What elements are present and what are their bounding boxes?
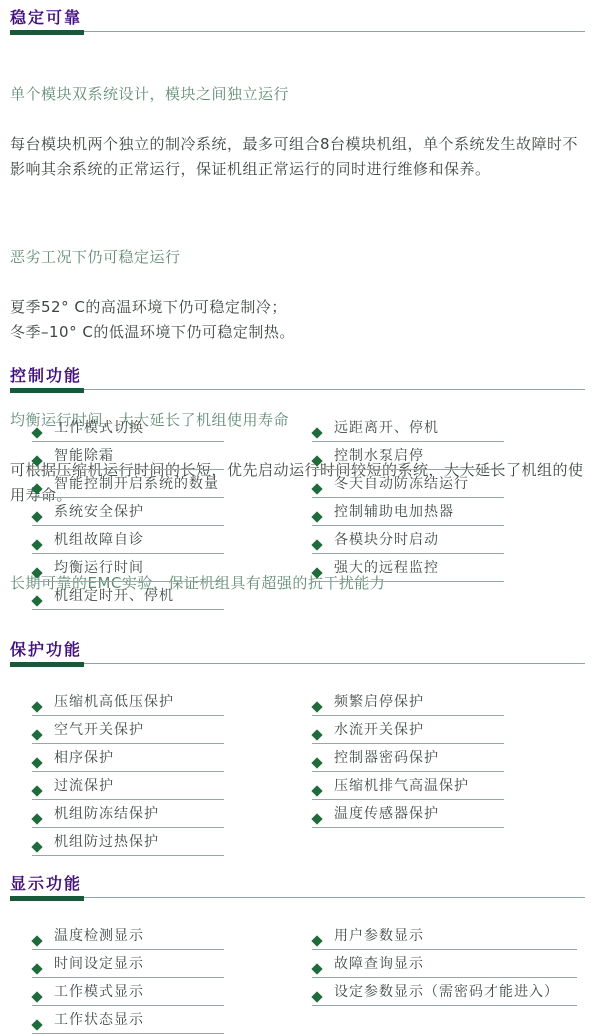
list-item: 机组防过热保护 [32,833,224,856]
diamond-bullet-icon [311,483,322,494]
diamond-bullet-icon [31,785,42,796]
diamond-bullet-icon [311,935,322,946]
rule-line [10,663,585,664]
list-item: 故障查询显示 [312,955,577,978]
list-item-label: 智能除霜 [54,448,114,464]
feature-column-right: 远距离开、停机 控制水泵启停 冬天自动防冻结运行 控制辅助电加热器 各模块分时启… [312,419,504,615]
rule-accent-bar [10,662,84,667]
diamond-bullet-icon [311,567,322,578]
list-item: 控制器密码保护 [312,749,504,772]
list-item-label: 机组故障自诊 [54,532,144,548]
paragraph: 单个模块双系统设计，模块之间独立运行 每台模块机两个独立的制冷系统，最多可组合8… [10,57,585,207]
list-item: 工作模式切换 [32,419,224,442]
list-item-label: 机组定时开、停机 [54,588,174,604]
feature-list: 工作模式切换 智能除霜 智能控制开启系统的数量 系统安全保护 机组故障自诊 均衡… [10,419,585,615]
diamond-bullet-icon [311,701,322,712]
feature-list: 温度检测显示 时间设定显示 工作模式显示 工作状态显示 用户参数显示 故障查询显… [10,927,585,1034]
diamond-bullet-icon [311,455,322,466]
list-item: 强大的远程监控 [312,559,504,582]
section-rule [10,388,585,394]
list-item-label: 智能控制开启系统的数量 [54,476,219,492]
diamond-bullet-icon [31,757,42,768]
list-item-label: 工作状态显示 [54,1012,144,1028]
list-item: 时间设定显示 [32,955,224,978]
feature-column-left: 温度检测显示 时间设定显示 工作模式显示 工作状态显示 [32,927,224,1034]
feature-column-right: 频繁启停保护 水流开关保护 控制器密码保护 压缩机排气高温保护 温度传感器保护 [312,693,504,861]
diamond-bullet-icon [311,785,322,796]
list-item: 机组故障自诊 [32,531,224,554]
list-item: 过流保护 [32,777,224,800]
feature-column-left: 压缩机高低压保护 空气开关保护 相序保护 过流保护 机组防冻结保护 机组防过热保… [32,693,224,861]
list-item-label: 远距离开、停机 [334,420,439,436]
list-item-label: 各模块分时启动 [334,532,439,548]
paragraph-subtitle: 恶劣工况下仍可稳定运行 [10,245,585,270]
list-item-label: 冬天自动防冻结运行 [334,476,469,492]
diamond-bullet-icon [311,539,322,550]
feature-column-left: 工作模式切换 智能除霜 智能控制开启系统的数量 系统安全保护 机组故障自诊 均衡… [32,419,224,615]
list-item: 控制水泵启停 [312,447,504,470]
diamond-bullet-icon [31,841,42,852]
rule-line [10,897,585,898]
list-item-label: 均衡运行时间 [54,560,144,576]
list-item: 压缩机排气高温保护 [312,777,504,800]
section-rule [10,896,585,902]
diamond-bullet-icon [31,567,42,578]
brochure-page: 稳定可靠 单个模块双系统设计，模块之间独立运行 每台模块机两个独立的制冷系统，最… [0,0,600,1034]
list-item: 空气开关保护 [32,721,224,744]
list-item: 用户参数显示 [312,927,577,950]
section-title: 显示功能 [10,874,585,894]
list-item-label: 频繁启停保护 [334,694,424,710]
list-item-label: 工作模式切换 [54,420,144,436]
paragraph-body: 每台模块机两个独立的制冷系统，最多可组合8台模块机组，单个系统发生故障时不 影响… [10,132,585,182]
diamond-bullet-icon [31,455,42,466]
diamond-bullet-icon [31,595,42,606]
rule-line [10,389,585,390]
list-item: 工作状态显示 [32,1011,224,1034]
list-item: 系统安全保护 [32,503,224,526]
list-item-label: 水流开关保护 [334,722,424,738]
list-item-label: 设定参数显示（需密码才能进入） [334,984,559,1000]
list-item: 水流开关保护 [312,721,504,744]
diamond-bullet-icon [31,1019,42,1030]
list-item-label: 空气开关保护 [54,722,144,738]
section-title: 稳定可靠 [10,8,585,28]
feature-list: 压缩机高低压保护 空气开关保护 相序保护 过流保护 机组防冻结保护 机组防过热保… [10,693,585,861]
diamond-bullet-icon [311,757,322,768]
list-item: 设定参数显示（需密码才能进入） [312,983,577,1006]
list-item-label: 控制辅助电加热器 [334,504,454,520]
diamond-bullet-icon [31,511,42,522]
list-item-label: 时间设定显示 [54,956,144,972]
list-item: 均衡运行时间 [32,559,224,582]
list-item: 压缩机高低压保护 [32,693,224,716]
diamond-bullet-icon [311,729,322,740]
list-item-label: 机组防冻结保护 [54,806,159,822]
paragraph: 恶劣工况下仍可稳定运行 夏季52° C的高温环境下仍可稳定制冷； 冬季–10° … [10,220,585,370]
list-item: 工作模式显示 [32,983,224,1006]
diamond-bullet-icon [311,427,322,438]
paragraph-body: 夏季52° C的高温环境下仍可稳定制冷； 冬季–10° C的低温环境下仍可稳定制… [10,295,585,345]
list-item-label: 控制水泵启停 [334,448,424,464]
list-item: 机组定时开、停机 [32,587,224,610]
list-item: 控制辅助电加热器 [312,503,504,526]
list-item: 频繁启停保护 [312,693,504,716]
rule-line [10,31,585,32]
feature-column-right: 用户参数显示 故障查询显示 设定参数显示（需密码才能进入） [312,927,577,1034]
list-item: 温度传感器保护 [312,805,504,828]
section-protection-functions: 保护功能 压缩机高低压保护 空气开关保护 相序保护 过流保护 机组防冻结保护 机… [10,640,585,861]
list-item: 各模块分时启动 [312,531,504,554]
list-item-label: 故障查询显示 [334,956,424,972]
section-title: 保护功能 [10,640,585,660]
diamond-bullet-icon [31,701,42,712]
list-item-label: 控制器密码保护 [334,750,439,766]
diamond-bullet-icon [31,813,42,824]
list-item-label: 压缩机排气高温保护 [334,778,469,794]
list-item: 温度检测显示 [32,927,224,950]
diamond-bullet-icon [31,729,42,740]
list-item: 相序保护 [32,749,224,772]
diamond-bullet-icon [31,935,42,946]
paragraph-subtitle: 单个模块双系统设计，模块之间独立运行 [10,82,585,107]
list-item: 冬天自动防冻结运行 [312,475,504,498]
section-rule [10,30,585,36]
list-item-label: 温度检测显示 [54,928,144,944]
list-item: 远距离开、停机 [312,419,504,442]
diamond-bullet-icon [31,991,42,1002]
list-item: 智能除霜 [32,447,224,470]
diamond-bullet-icon [311,963,322,974]
diamond-bullet-icon [31,483,42,494]
diamond-bullet-icon [311,991,322,1002]
rule-accent-bar [10,30,84,35]
list-item-label: 强大的远程监控 [334,560,439,576]
list-item-label: 工作模式显示 [54,984,144,1000]
list-item: 机组防冻结保护 [32,805,224,828]
diamond-bullet-icon [311,511,322,522]
diamond-bullet-icon [31,539,42,550]
section-control-functions: 控制功能 工作模式切换 智能除霜 智能控制开启系统的数量 系统安全保护 机组故障… [10,366,585,615]
list-item-label: 压缩机高低压保护 [54,694,174,710]
list-item: 智能控制开启系统的数量 [32,475,224,498]
section-display-functions: 显示功能 温度检测显示 时间设定显示 工作模式显示 工作状态显示 用户参数显示 … [10,874,585,1034]
section-title: 控制功能 [10,366,585,386]
list-item-label: 温度传感器保护 [334,806,439,822]
diamond-bullet-icon [31,963,42,974]
list-item-label: 用户参数显示 [334,928,424,944]
list-item-label: 过流保护 [54,778,114,794]
list-item-label: 相序保护 [54,750,114,766]
list-item-label: 机组防过热保护 [54,834,159,850]
rule-accent-bar [10,388,84,393]
list-item-label: 系统安全保护 [54,504,144,520]
rule-accent-bar [10,896,84,901]
section-rule [10,662,585,668]
diamond-bullet-icon [31,427,42,438]
diamond-bullet-icon [311,813,322,824]
